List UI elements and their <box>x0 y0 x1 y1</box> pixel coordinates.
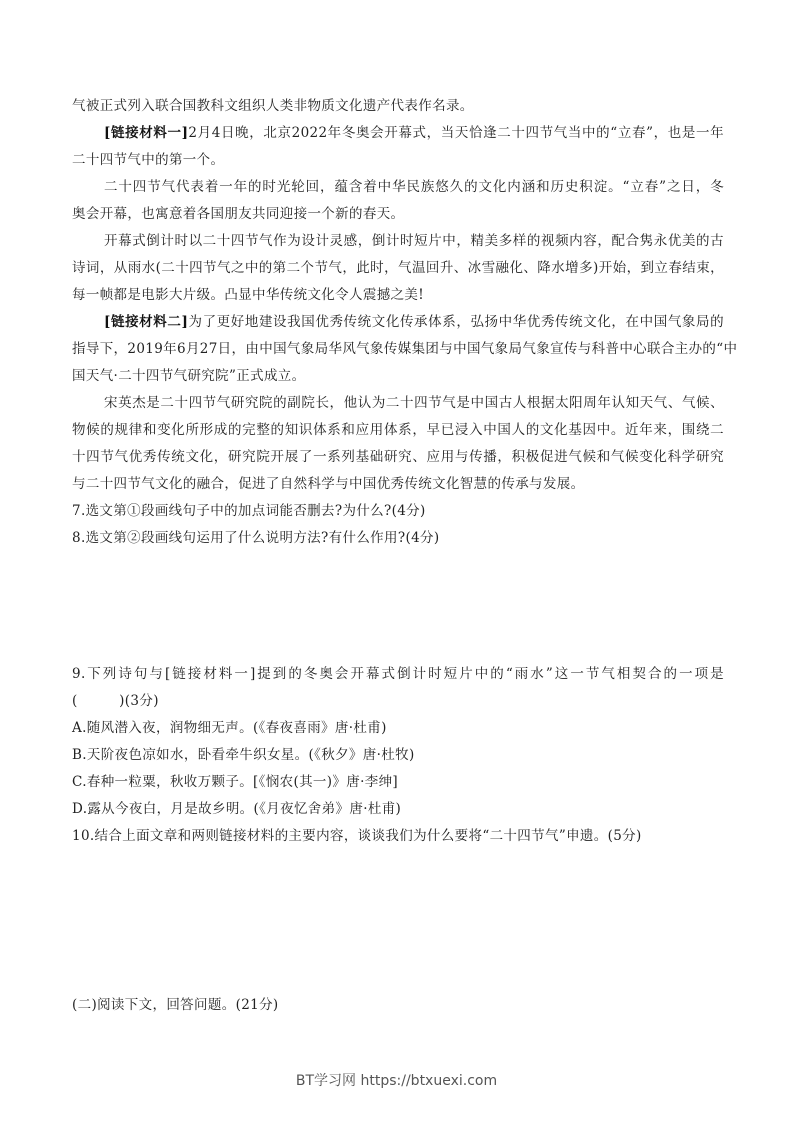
link1-paragraph3-line3: 每一帧都是电影大片级。凸显中华传统文化令人震撼之美! <box>72 285 724 305</box>
link1-paragraph2-line1: 二十四节气代表着一年的时光轮回，蕴含着中华民族悠久的文化内涵和历史积淀。“立春”… <box>104 177 724 197</box>
link1-paragraph2-line2: 奥会开幕，也寓意着各国朋友共同迎接一个新的春天。 <box>72 204 724 224</box>
link2-paragraph2-line1: 宋英杰是二十四节气研究院的副院长，他认为二十四节气是中国古人根据太阳周年认知天气… <box>104 393 724 413</box>
link2-tag: [链接材料二] <box>104 314 188 330</box>
link2-paragraph2-line4: 与二十四节气文化的融合，促进了自然科学与中国优秀传统文化智慧的传承与发展。 <box>72 474 724 494</box>
question-9-option-c: C.春种一粒粟，秋收万颗子。[《悯农(其一)》唐·李绅] <box>72 772 724 792</box>
question-9-option-d: D.露从今夜白，月是故乡明。(《月夜忆舍弟》唐·杜甫) <box>72 799 724 819</box>
link1-paragraph1-line2: 二十四节气中的第一个。 <box>72 150 724 170</box>
link1-paragraph3-line2: 诗词，从雨水(二十四节气之中的第二个节气，此时，气温回升、冰雪融化、降水增多)开… <box>72 258 724 278</box>
question-9-option-a: A.随风潜入夜，润物细无声。(《春夜喜雨》唐·杜甫) <box>72 718 724 738</box>
link2-paragraph1-line1: [链接材料二]为了更好地建设我国优秀传统文化传承体系，弘扬中华优秀传统文化，在中… <box>104 312 724 332</box>
question-10: 10.结合上面文章和两则链接材料的主要内容，谈谈我们为什么要将“二十四节气”申遗… <box>72 826 724 846</box>
link2-paragraph2-line3: 十四节气优秀传统文化，研究院开展了一系列基础研究、应用与传播，积极促进气候和气候… <box>72 447 724 467</box>
link2-paragraph1-line2: 指导下，2019年6月27日，由中国气象局华风气象传媒集团与中国气象局气象宣传与… <box>72 339 724 359</box>
question-9-line1: 9.下列诗句与[链接材料一]提到的冬奥会开幕式倒计时短片中的“雨水”这一节气相契… <box>72 664 724 684</box>
link1-paragraph1-line1: [链接材料一]2月4日晚，北京2022年冬奥会开幕式，当天恰逢二十四节气当中的“… <box>104 123 724 143</box>
section-2-heading: (二)阅读下文，回答问题。(21分) <box>72 995 724 1015</box>
question-9-line2: ( )(3分) <box>72 691 724 711</box>
link1-tag: [链接材料一] <box>104 125 188 141</box>
question-9-option-b: B.天阶夜色凉如水，卧看牵牛织女星。(《秋夕》唐·杜牧) <box>72 745 724 765</box>
watermark-footer: BT学习网 https://btxuexi.com <box>0 1070 793 1090</box>
link2-paragraph2-line2: 物候的规律和变化所形成的完整的知识体系和应用体系，早已浸入中国人的文化基因中。近… <box>72 420 724 440</box>
question-7: 7.选文第①段画线句子中的加点词能否删去?为什么?(4分) <box>72 501 724 521</box>
intro-tail: 气被正式列入联合国教科文组织人类非物质文化遗产代表作名录。 <box>72 96 724 116</box>
link2-paragraph1-line3: 国天气·二十四节气研究院”正式成立。 <box>72 366 724 386</box>
link1-paragraph3-line1: 开幕式倒计时以二十四节气作为设计灵感，倒计时短片中，精美多样的视频内容，配合隽永… <box>104 231 724 251</box>
question-8: 8.选文第②段画线句运用了什么说明方法?有什么作用?(4分) <box>72 528 724 548</box>
